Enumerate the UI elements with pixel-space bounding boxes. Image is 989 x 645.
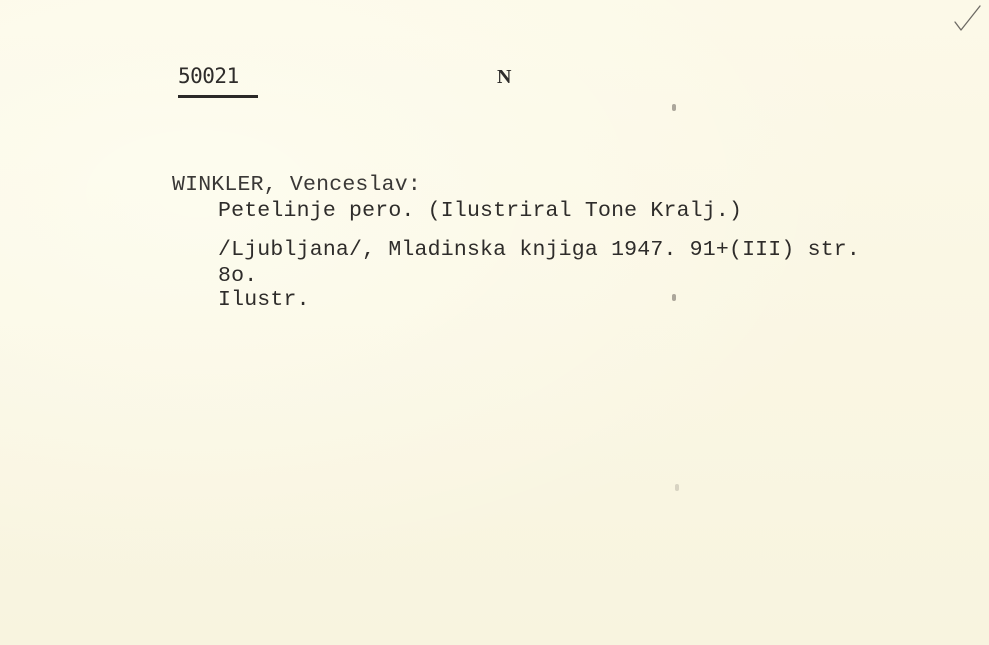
call-number-underline — [178, 95, 258, 98]
imprint-line: /Ljubljana/, Mladinska knjiga 1947. 91+(… — [218, 238, 860, 262]
notes-line: Ilustr. — [218, 288, 310, 312]
title-line: Petelinje pero. (Ilustriral Tone Kralj.) — [218, 199, 742, 223]
check-icon — [952, 4, 982, 32]
format-line: 8o. — [218, 264, 257, 288]
author-line: WINKLER, Venceslav: — [172, 173, 421, 197]
paper-speck — [675, 484, 679, 491]
catalog-card: 50021 N WINKLER, Venceslav: Petelinje pe… — [0, 0, 989, 645]
paper-speck — [672, 104, 676, 111]
section-mark: N — [497, 66, 512, 89]
paper-speck — [672, 294, 676, 301]
call-number: 50021 — [178, 64, 239, 88]
